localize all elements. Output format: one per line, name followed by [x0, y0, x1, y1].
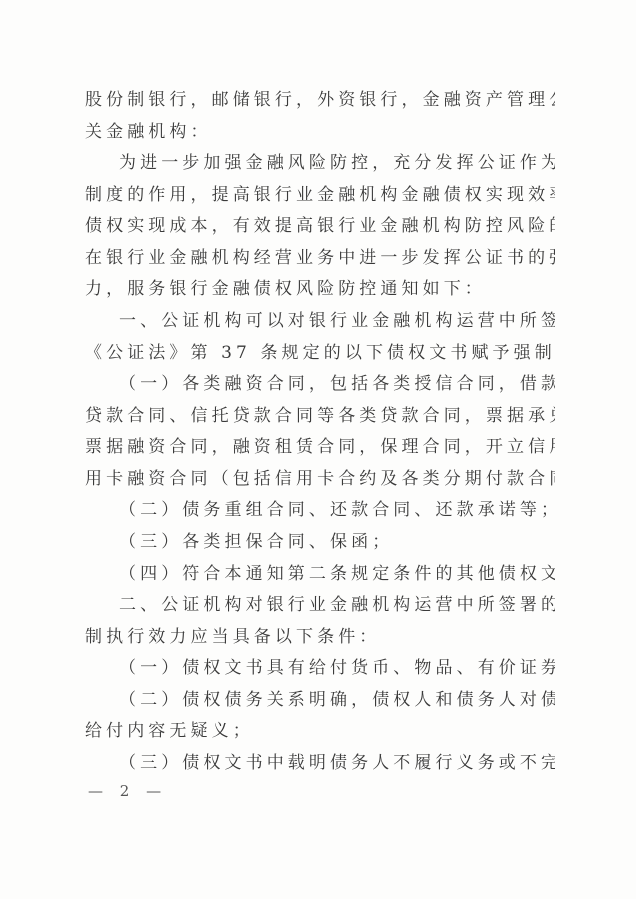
- text-line: 股份制银行，邮储银行，外资银行，金融资产管理公司，其他有: [85, 89, 555, 111]
- text-line: （四）符合本通知第二条规定条件的其他债权文书。: [119, 563, 555, 585]
- text-line: 为进一步加强金融风险防控，充分发挥公证作为预防性法律: [119, 152, 555, 174]
- text-line: （二）债务重组合同、还款合同、还款承诺等；: [119, 499, 555, 521]
- text-line: 《公证法》第 37 条规定的以下债权文书赋予强制执行效力：: [85, 342, 555, 364]
- text-line: 给付内容无疑义；: [85, 720, 555, 742]
- document-page: 股份制银行，邮储银行，外资银行，金融资产管理公司，其他有 关金融机构： 为进一步…: [0, 0, 636, 899]
- page-number: — 2 —: [88, 782, 167, 800]
- text-line: 债权实现成本，有效提高银行业金融机构防控风险的水平，现就: [85, 215, 555, 237]
- text-line: 在银行业金融机构经营业务中进一步发挥公证书的强制执行效: [85, 247, 555, 269]
- text-line: （二）债权债务关系明确，债权人和债务人对债权文书有关: [119, 689, 555, 711]
- text-line: （三）各类担保合同、保函；: [119, 531, 555, 553]
- text-line: 制度的作用，提高银行业金融机构金融债权实现效率，降低金融: [85, 184, 555, 206]
- text-line: 票据融资合同，融资租赁合同，保理合同，开立信用证合同，信: [85, 436, 555, 458]
- text-line: 制执行效力应当具备以下条件：: [85, 626, 555, 648]
- text-line: 关金融机构：: [85, 121, 555, 143]
- text-line: 力，服务银行金融债权风险防控通知如下：: [85, 278, 555, 300]
- text-line: （三）债权文书中载明债务人不履行义务或不完全履行义务: [119, 752, 555, 774]
- text-line: 用卡融资合同（包括信用卡合约及各类分期付款合同）等；: [85, 468, 555, 490]
- text-line: （一）各类融资合同，包括各类授信合同，借款合同、委托: [119, 373, 555, 395]
- text-line: （一）债权文书具有给付货币、物品、有价证券的内容；: [119, 657, 555, 679]
- text-line: 二、公证机构对银行业金融机构运营中所签署的合同赋予强: [119, 594, 555, 616]
- text-line: 贷款合同、信托贷款合同等各类贷款合同，票据承兑协议等各类: [85, 405, 555, 427]
- text-line: 一、公证机构可以对银行业金融机构运营中所签署的符合: [119, 310, 555, 332]
